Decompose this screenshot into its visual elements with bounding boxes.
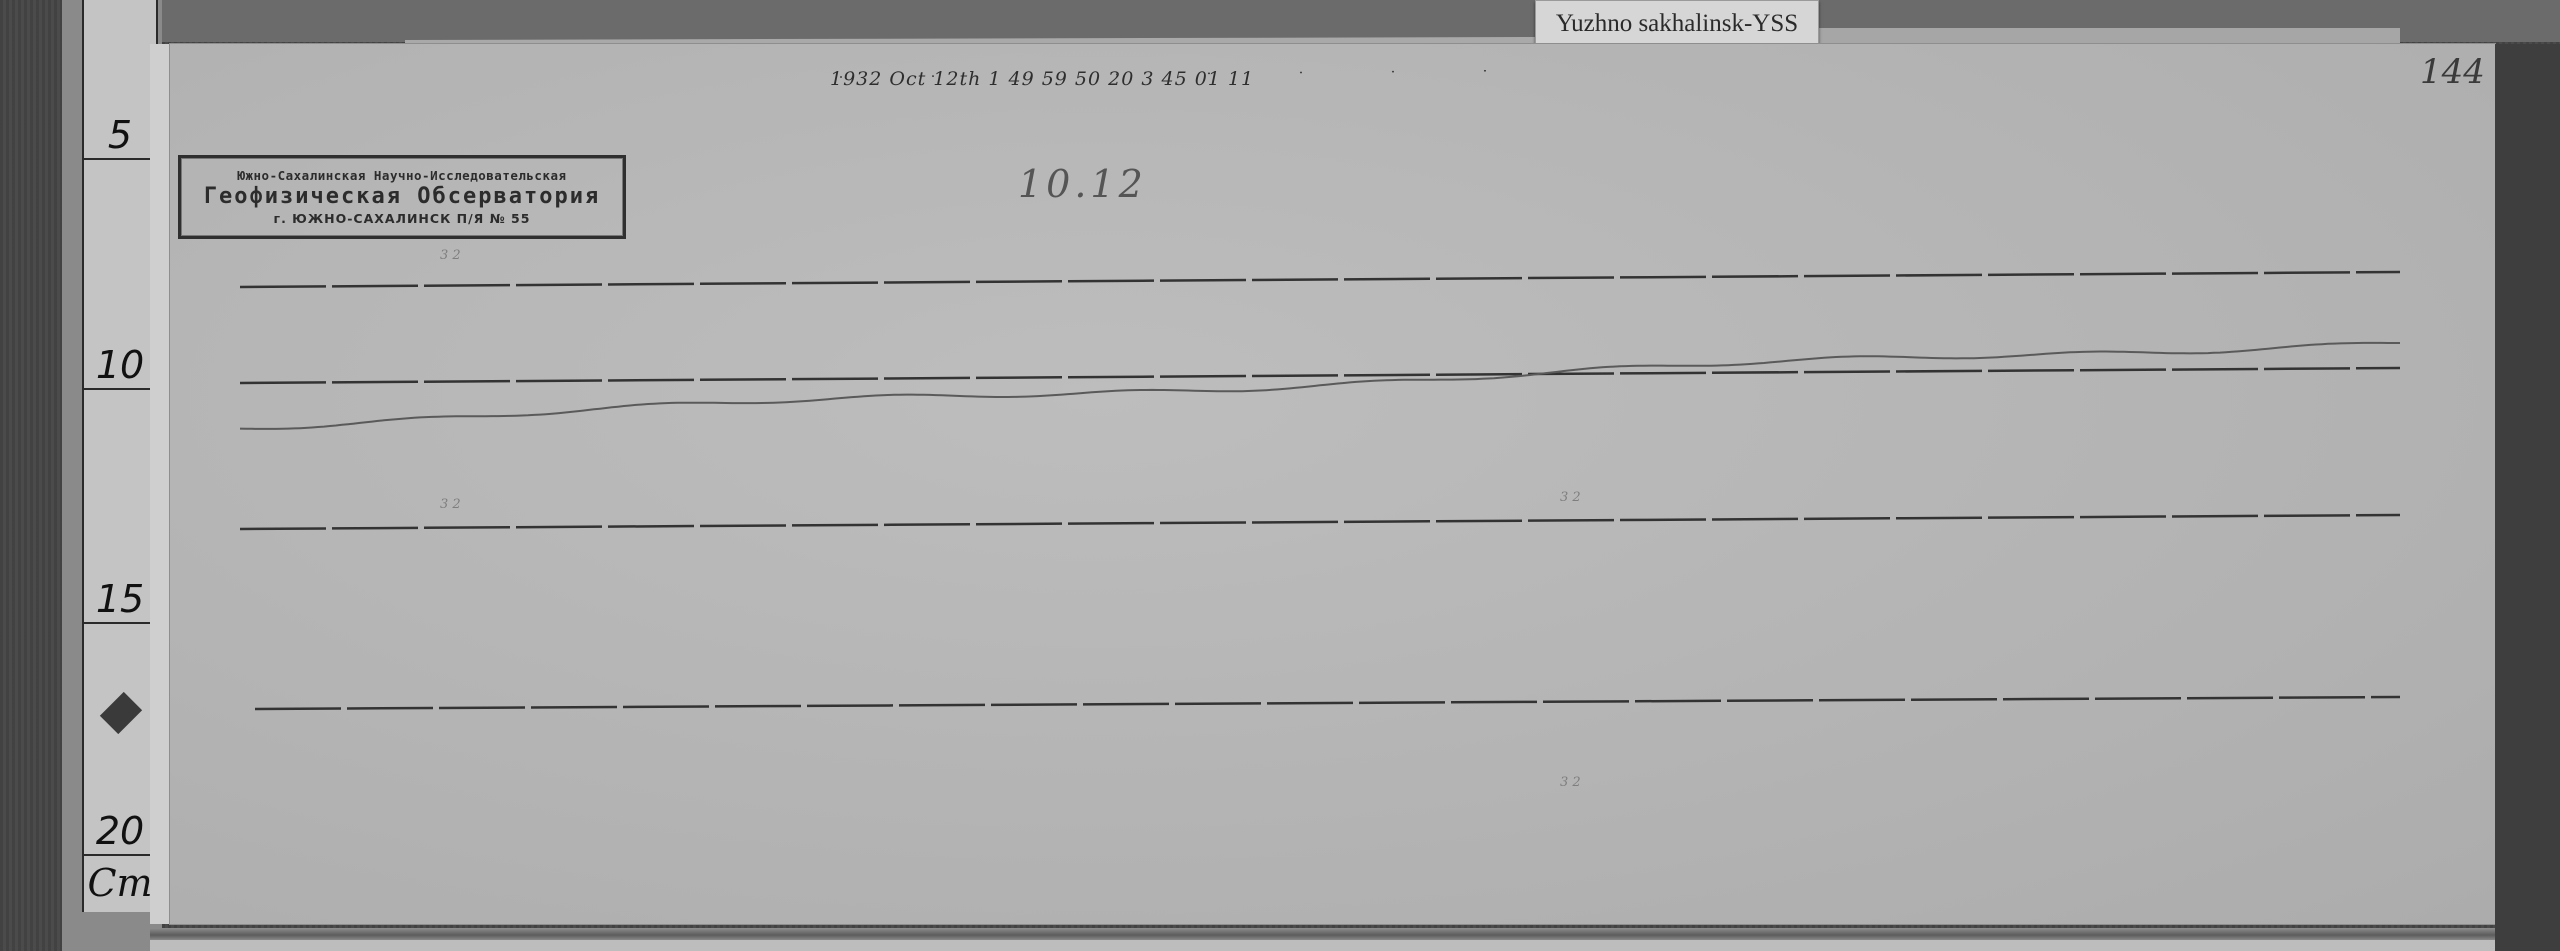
seismogram-traces	[0, 0, 2560, 951]
seismic-wave-trace	[240, 343, 2400, 429]
